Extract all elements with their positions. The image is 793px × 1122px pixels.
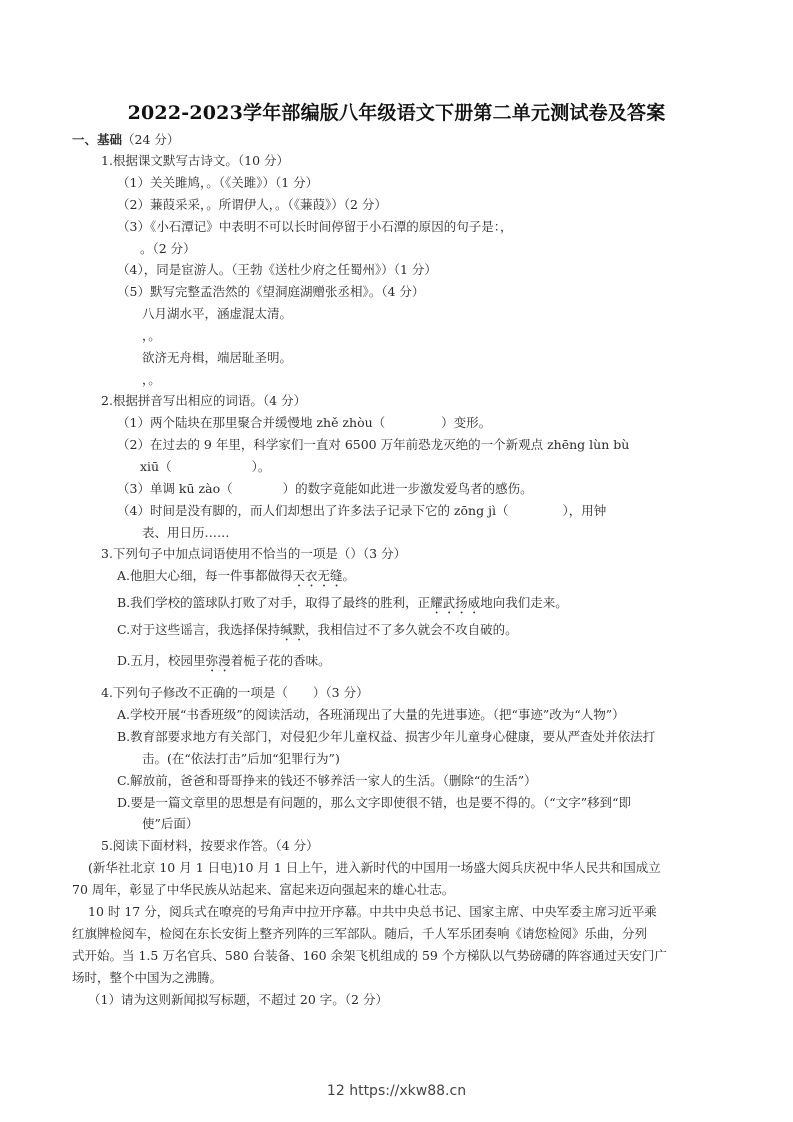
- q1-item-5: （5）默写完整孟浩然的《望洞庭湖赠张丞相》。（4 分）: [117, 284, 424, 300]
- q4-option-b-cont: 击。(在“依法打击”后加“犯罪行为”): [142, 751, 340, 767]
- q2-item-4-tail: ），用钟: [562, 503, 606, 518]
- q3-option-b[interactable]: B.我们学校的篮球队打败了对手，取得了最终的胜利，正耀武扬威地向我们走来。: [117, 595, 568, 617]
- passage-line-1: (新华社北京 10 月 1 日电)10 月 1 日上午，进入新时代的中国用一场盛…: [88, 860, 661, 876]
- section-score: （24 分）: [122, 132, 179, 147]
- passage-line-6: 场时，整个中国为之沸腾。: [72, 970, 222, 986]
- q4-option-d[interactable]: D.要是一篇文章里的思想是有问题的，那么文字即使很不错，也是要不得的。（“文字”…: [117, 795, 631, 811]
- q2-item-2: （2）在过去的 9 年里，科学家们一直对 6500 万年前恐龙灭绝的一个新观点 …: [117, 437, 629, 453]
- q4-option-a[interactable]: A.学校开展“书香班级”的阅读活动，各班涌现出了大量的先进事迹。（把“事迹”改为…: [117, 707, 625, 723]
- option-tail: 。: [343, 568, 356, 583]
- page-footer: 12 https://xkw88.cn: [0, 1083, 793, 1099]
- question-3-stem: 3.下列句子中加点词语使用不恰当的一项是（）（3 分）: [101, 546, 406, 562]
- passage-line-3: 10 时 17 分，阅兵式在嘹亮的号角声中拉开序幕。中共中央总书记、国家主席、中…: [88, 904, 657, 920]
- passage-line-4: 红旗牌检阅车，检阅在东长安街上整齐列阵的三军部队。随后，千人军乐团奏响《请您检阅…: [72, 926, 647, 942]
- q2-item-3: （3）单调 kū zào（）的数字竟能如此进一步激发爱鸟者的感伤。: [117, 481, 533, 497]
- dotted-word: 天衣无缝: [293, 568, 343, 583]
- poem-line-4-blank: ，。: [142, 372, 161, 388]
- q3-option-d[interactable]: D.五月，校园里弥漫着栀子花的香味。: [117, 653, 331, 675]
- option-text: B.我们学校的篮球队打败了对手，取得了最终的胜利，正: [117, 595, 430, 610]
- q2-item-3-text: （3）单调 kū zào（: [117, 481, 233, 496]
- dotted-word: 弥漫: [206, 653, 231, 668]
- q1-item-3: （3）《小石潭记》中表明不可以长时间停留于小石潭的原因的句子是：，: [117, 219, 512, 235]
- question-2-stem: 2.根据拼音写出相应的词语。（4 分）: [101, 393, 306, 409]
- option-text: C.对于这些谣言，我选择保持: [117, 622, 280, 637]
- q2-item-4-text: （4）时间是没有脚的，而人们却想出了许多法子记录下它的 zōng jì（: [117, 503, 508, 518]
- option-tail: 地向我们走来。: [480, 595, 568, 610]
- page-title: 2022-2023学年部编版八年级语文下册第二单元测试卷及答案: [0, 98, 793, 125]
- q2-item-1-tail: ）变形。: [441, 415, 491, 430]
- passage-line-5: 式开始。当 1.5 万名官兵、580 台装备、160 余架飞机组成的 59 个方…: [72, 948, 667, 964]
- footer-site-link[interactable]: https://xkw88.cn: [349, 1083, 466, 1099]
- q5-sub-question-1: （1）请为这则新闻拟写标题，不超过 20 字。（2 分）: [88, 992, 388, 1008]
- q2-item-2-pinyin: xiū（: [140, 459, 172, 474]
- option-tail: ，我相信过不了多久就会不攻自破的。: [305, 622, 518, 637]
- section-heading: 一、基础（24 分）: [72, 132, 179, 148]
- poem-line-2-blank: ，。: [142, 328, 161, 344]
- q2-item-2-cont: xiū（）。: [140, 459, 270, 475]
- option-text: D.五月，校园里: [117, 653, 206, 668]
- q1-item-2: （2）蒹葭采采，。所谓伊人，。（《蒹葭》）（2 分）: [117, 197, 387, 213]
- q2-item-1: （1）两个陆块在那里聚合并缓慢地 zhě zhòu（）变形。: [117, 415, 491, 431]
- q1-item-4: （4），同是宦游人。（王勃《送杜少府之任蜀州》）（1 分）: [117, 262, 437, 278]
- q1-item-1: （1）关关雎鸠，。（《关雎》）（1 分）: [117, 175, 318, 191]
- page-number: 12: [327, 1083, 345, 1099]
- option-text: A.他胆大心细，每一件事都做得: [117, 568, 293, 583]
- q4-option-d-cont: 使”后面）: [142, 816, 198, 832]
- q3-option-c[interactable]: C.对于这些谣言，我选择保持缄默，我相信过不了多久就会不攻自破的。: [117, 622, 518, 644]
- q3-option-a[interactable]: A.他胆大心细，每一件事都做得天衣无缝。: [117, 568, 355, 590]
- question-1-stem: 1.根据课文默写古诗文。（10 分）: [101, 153, 289, 169]
- dotted-word: 缄默: [280, 622, 305, 637]
- dotted-word: 耀武扬威: [430, 595, 480, 610]
- q4-option-b[interactable]: B.教育部要求地方有关部门，对侵犯少年儿童权益、损害少年儿童身心健康，要从严查处…: [117, 729, 655, 745]
- passage-line-2: 70 周年，彰显了中华民族从站起来、富起来迈向强起来的雄心壮志。: [72, 882, 454, 898]
- poem-line-1: 八月湖水平，涵虚混太清。: [142, 306, 292, 322]
- q1-item-3-cont: 。（2 分）: [140, 241, 196, 257]
- option-tail: 着栀子花的香味。: [231, 653, 331, 668]
- question-4-stem: 4.下列句子修改不正确的一项是（ ）（3 分）: [101, 685, 369, 701]
- question-5-stem: 5.阅读下面材料，按要求作答。（4 分）: [101, 838, 319, 854]
- q2-item-4-cont: 表、用日历……: [142, 525, 230, 541]
- q2-item-4: （4）时间是没有脚的，而人们却想出了许多法子记录下它的 zōng jì（），用钟: [117, 503, 606, 519]
- q2-item-3-tail: ）的数字竟能如此进一步激发爱鸟者的感伤。: [283, 481, 533, 496]
- poem-line-3: 欲济无舟楫，端居耻圣明。: [142, 350, 292, 366]
- section-label: 一、基础: [72, 132, 122, 147]
- q2-item-1-text: （1）两个陆块在那里聚合并缓慢地 zhě zhòu（: [117, 415, 385, 430]
- q2-item-2-tail: ）。: [252, 459, 271, 474]
- q4-option-c[interactable]: C.解放前，爸爸和哥哥挣来的钱还不够养活一家人的生活。（删除“的生活”）: [117, 773, 537, 789]
